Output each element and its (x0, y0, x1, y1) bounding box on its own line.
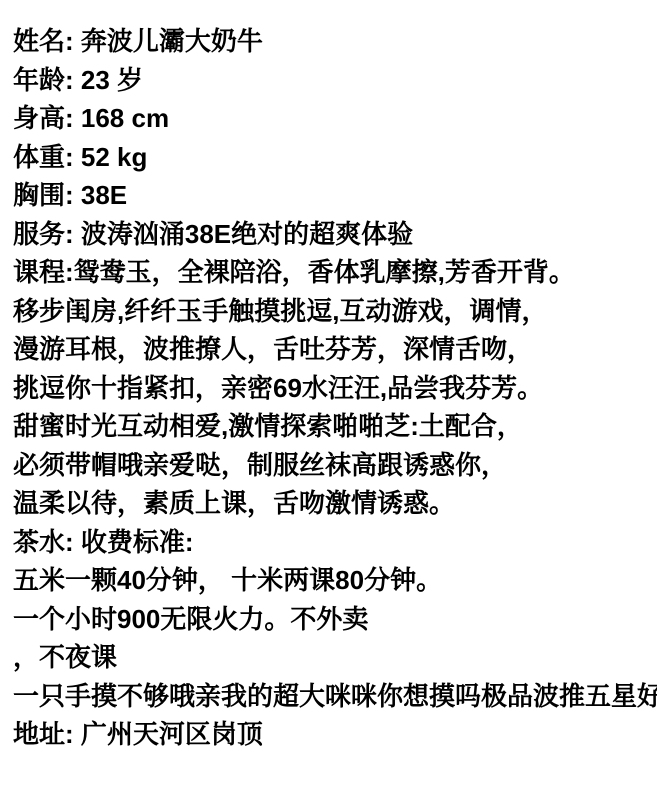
course-line-4: 挑逗你十指紧扣，亲密69水汪汪,品尝我芬芳。 (13, 369, 653, 408)
weight-line: 体重: 52 kg (13, 138, 653, 177)
fee-line-1: 五米一颗40分钟， 十米两课80分钟。 (13, 561, 653, 600)
name-line: 姓名: 奔波儿灞大奶牛 (13, 22, 653, 61)
profile-document: 姓名: 奔波儿灞大奶牛 年龄: 23 岁 身高: 168 cm 体重: 52 k… (0, 0, 657, 754)
course-line-3: 漫游耳根，波推撩人，舌吐芬芳，深情舌吻， (13, 330, 653, 369)
fee-line-2: 一个小时900无限火力。不外卖 (13, 600, 653, 639)
course-line-6: 必须带帽哦亲爱哒，制服丝袜高跟诱惑你， (13, 446, 653, 485)
course-line-1: 课程:鸳鸯玉，全裸陪浴，香体乳摩擦,芳香开背。 (13, 253, 653, 292)
promo-line: 一只手摸不够哦亲我的超大咪咪你想摸吗极品波推五星好 (13, 677, 653, 716)
course-line-2: 移步闺房,纤纤玉手触摸挑逗,互动游戏，调情， (13, 292, 653, 331)
fee-line-3: ，不夜课 (13, 638, 653, 677)
fee-title-line: 茶水: 收费标准: (13, 523, 653, 562)
bust-line: 胸围: 38E (13, 176, 653, 215)
height-line: 身高: 168 cm (13, 99, 653, 138)
service-line: 服务: 波涛汹涌38E绝对的超爽体验 (13, 215, 653, 254)
address-line: 地址: 广州天河区岗顶 (13, 715, 653, 754)
course-line-5: 甜蜜时光互动相爱,激情探索啪啪芝:土配合， (13, 407, 653, 446)
course-line-7: 温柔以待，素质上课，舌吻激情诱惑。 (13, 484, 653, 523)
age-line: 年龄: 23 岁 (13, 61, 653, 100)
